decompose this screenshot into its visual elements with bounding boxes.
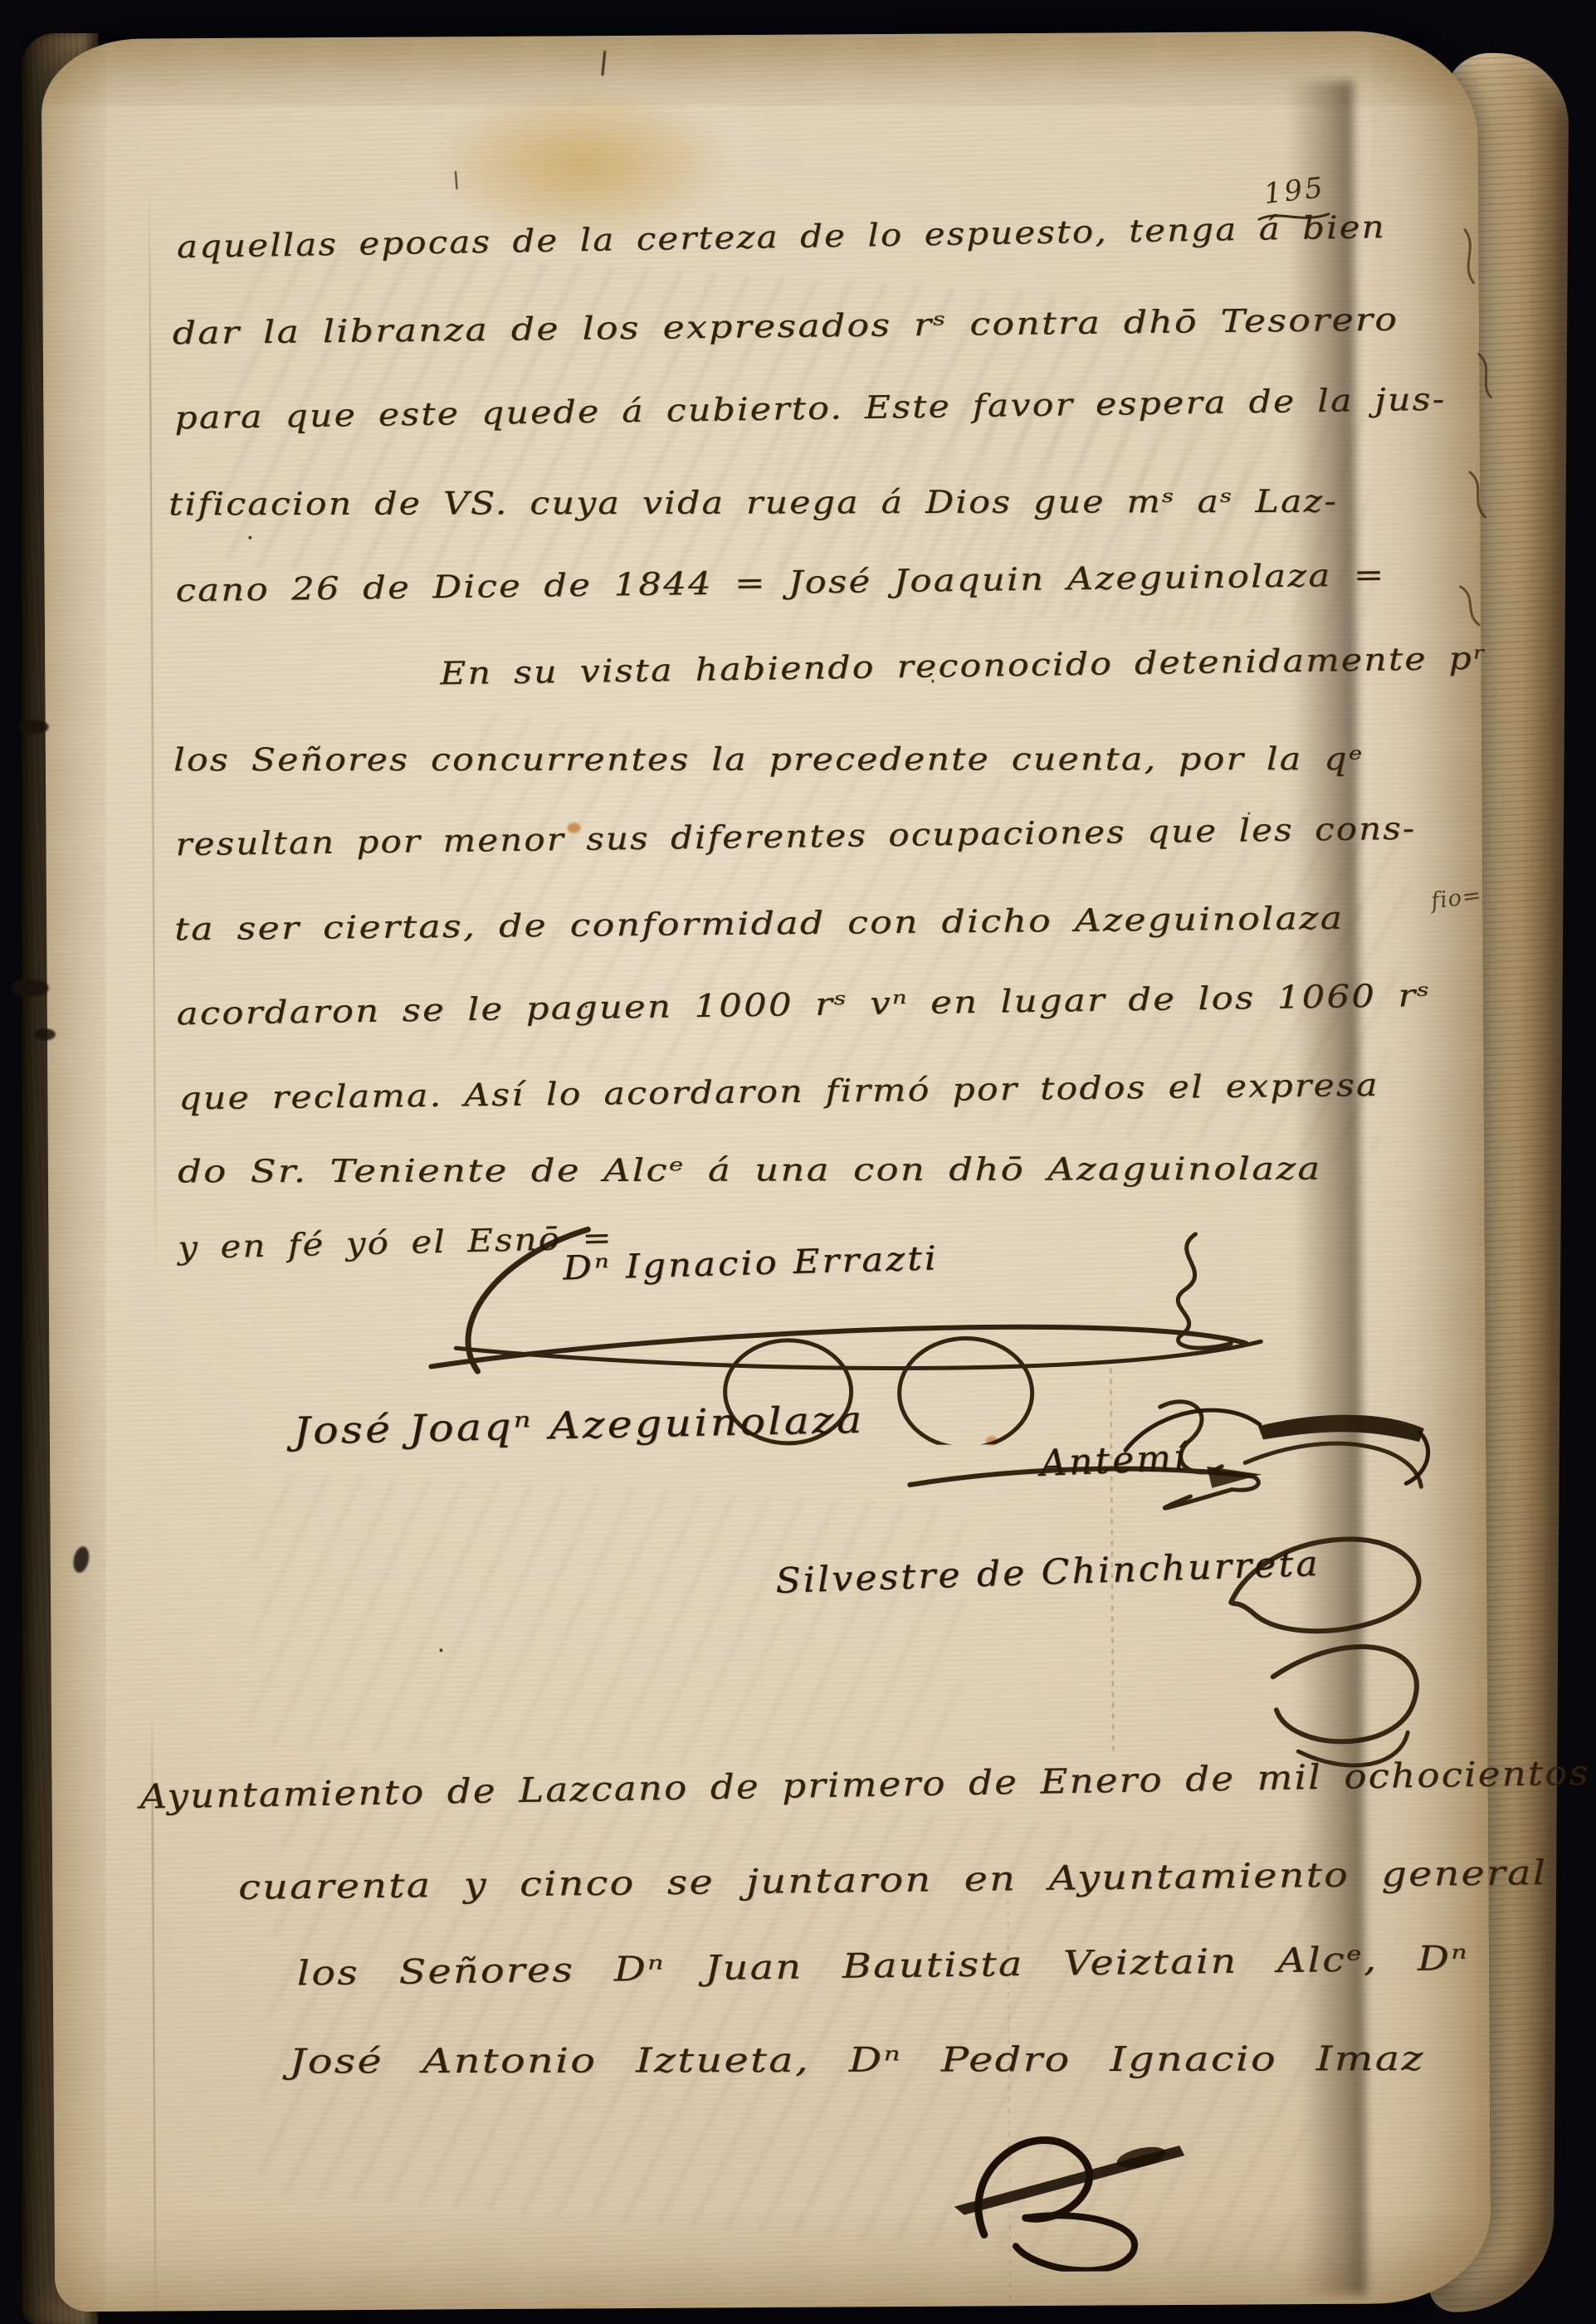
- ink-blot: [34, 1028, 56, 1040]
- manuscript-line: do Sr. Teniente de Alcᵉ á una con dhō Az…: [178, 1153, 1322, 1188]
- book-photo: 195 aquellas epocas de la certeza de lo …: [0, 0, 1596, 2324]
- ink-speck: [440, 1648, 443, 1652]
- fore-edge-ink-squiggles: [1445, 212, 1522, 678]
- manuscript-line: aquellas epocas de la certeza de lo espu…: [177, 211, 1386, 262]
- manuscript-line: los Señores concurrentes la precedente c…: [173, 743, 1364, 775]
- ink-blot: [71, 1545, 91, 1575]
- ink-speck: [248, 536, 251, 539]
- margin-crease: [149, 182, 157, 1277]
- manuscript-page: 195 aquellas epocas de la certeza de lo …: [41, 31, 1491, 2312]
- closing-rubric: [932, 2101, 1207, 2273]
- fore-edge-ink-mark: fio=: [1429, 882, 1483, 915]
- manuscript-line: José Antonio Iztueta, Dⁿ Pedro Ignacio I…: [290, 2042, 1425, 2079]
- gutter-shadow: [1286, 81, 1366, 2296]
- manuscript-line: tificacion de VS. cuya vida ruega á Dios…: [168, 486, 1338, 520]
- manuscript-line: Ayuntamiento de Lazcano de primero de En…: [139, 1756, 1590, 1814]
- ink-bleedthrough: [244, 1472, 969, 1778]
